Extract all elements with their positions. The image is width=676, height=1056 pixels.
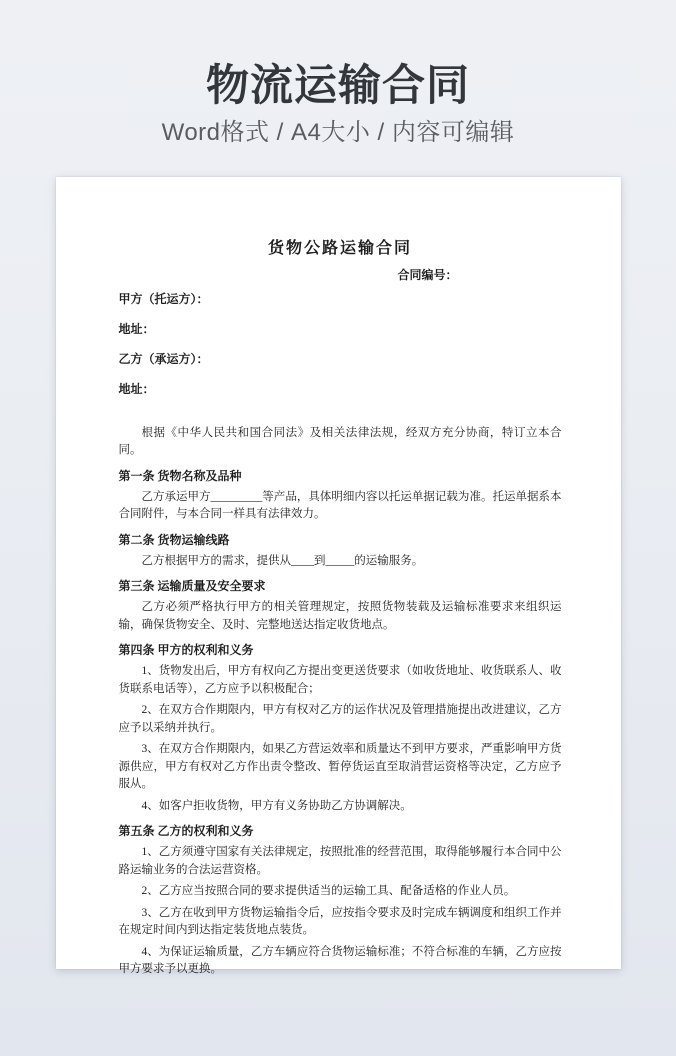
party-a-line: 甲方（托运方）： [119,292,562,306]
section-2-paragraph: 乙方根据甲方的需求，提供从____到_____的运输服务。 [119,553,562,571]
section-5-heading: 第五条 乙方的权利和义务 [119,824,562,839]
section-2: 第二条 货物运输线路 乙方根据甲方的需求，提供从____到_____的运输服务。 [119,533,562,571]
section-4-heading: 第四条 甲方的权利和义务 [119,643,562,658]
section-4-item-4: 4、如客户拒收货物，甲方有义务协助乙方协调解决。 [119,798,562,816]
party-a-address-line: 地址： [119,322,562,336]
section-4-item-1: 1、货物发出后，甲方有权向乙方提出变更送货要求（如收货地址、收货联系人、收货联系… [119,663,562,698]
page-subtitle: Word格式 / A4大小 / 内容可编辑 [0,119,676,148]
section-5: 第五条 乙方的权利和义务 1、乙方须遵守国家有关法律规定，按照批准的经营范围，取… [119,824,562,979]
hero-header: 物流运输合同 Word格式 / A4大小 / 内容可编辑 [0,0,676,148]
section-4: 第四条 甲方的权利和义务 1、货物发出后，甲方有权向乙方提出变更送货要求（如收货… [119,643,562,815]
intro-paragraph: 根据《中华人民共和国合同法》及相关法律法规，经双方充分协商，特订立本合同。 [119,425,562,460]
section-1-paragraph: 乙方承运甲方_________等产品，具体明细内容以托运单据记载为准。托运单据系… [119,489,562,524]
section-5-item-3: 3、乙方在收到甲方货物运输指令后，应按指令要求及时完成车辆调度和组织工作并在规定… [119,905,562,940]
section-5-item-1: 1、乙方须遵守国家有关法律规定，按照批准的经营范围，取得能够履行本合同中公路运输… [119,844,562,879]
section-1: 第一条 货物名称及品种 乙方承运甲方_________等产品，具体明细内容以托运… [119,469,562,524]
spacer [119,412,562,421]
section-4-item-2: 2、在双方合作期限内，甲方有权对乙方的运作状况及管理措施提出改进建议，乙方应予以… [119,702,562,737]
document-title: 货物公路运输合同 [119,239,562,259]
section-3-heading: 第三条 运输质量及安全要求 [119,579,562,594]
section-4-item-3: 3、在双方合作期限内，如果乙方营运效率和质量达不到甲方要求，严重影响甲方货源供应… [119,741,562,794]
section-5-item-4: 4、为保证运输质量，乙方车辆应符合货物运输标准；不符合标准的车辆，乙方应按甲方要… [119,944,562,979]
party-b-line: 乙方（承运方）： [119,352,562,366]
section-1-heading: 第一条 货物名称及品种 [119,469,562,484]
section-3-paragraph: 乙方必须严格执行甲方的相关管理规定，按照货物装载及运输标准要求来组织运输，确保货… [119,599,562,634]
party-b-address-line: 地址： [119,382,562,396]
page-title: 物流运输合同 [0,62,676,110]
document-page: 货物公路运输合同 合同编号： 甲方（托运方）： 地址： 乙方（承运方）： 地址：… [56,177,621,969]
section-5-item-2: 2、乙方应当按照合同的要求提供适当的运输工具、配备适格的作业人员。 [119,883,562,901]
contract-number-label: 合同编号： [119,268,562,283]
section-3: 第三条 运输质量及安全要求 乙方必须严格执行甲方的相关管理规定，按照货物装载及运… [119,579,562,634]
section-2-heading: 第二条 货物运输线路 [119,533,562,548]
